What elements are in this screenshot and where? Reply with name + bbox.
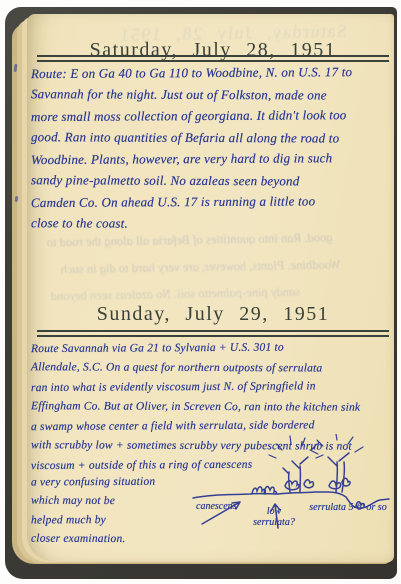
foliage-scribble: [329, 481, 341, 489]
handwritten-line: helped much by: [31, 510, 196, 530]
sketch-label-tall-serrulata: serrulata 5-6' or so: [308, 502, 388, 513]
scanned-journal-photo: Saturday, July 28, 1951 Saturday, July 2…: [0, 0, 401, 584]
handwritten-line: Camden Co. On ahead U.S. 17 is running a…: [31, 190, 391, 214]
tall-shrub-stems: [283, 457, 308, 492]
handwritten-line: close to the coast.: [31, 212, 391, 235]
handwritten-line: ran into what is evidently viscosum just…: [31, 377, 393, 399]
handwritten-line: Route: E on Ga 40 to Ga 110 to Woodbine,…: [31, 61, 391, 85]
handwritten-line: Woodbine. Plants, however, are very hard…: [31, 147, 391, 171]
handwritten-line: Route Savannah via Ga 21 to Sylvania + U…: [31, 338, 393, 360]
handwritten-line: Allendale, S.C. On a quest for northern …: [31, 358, 393, 379]
habitat-sketch: [190, 434, 392, 552]
entry-date-heading-sunday: Sunday, July 29, 1951: [37, 303, 389, 326]
ink-bleed-through: sandy pine-palmetto soil. No azaleas see…: [50, 285, 301, 304]
foliage-scribble: [285, 481, 299, 490]
handwritten-line: Savannah for the night. Just out of Folk…: [31, 83, 391, 106]
sketch-label-canescens: canescens: [196, 501, 256, 512]
sketch-label-low-serrulata: low serrulata?: [248, 506, 300, 528]
handwritten-line: a very confusing situation: [31, 472, 196, 492]
handwritten-line: good. Ran into quantities of Befaria all…: [31, 126, 391, 149]
handwritten-line: which may not be: [31, 492, 196, 512]
journal-page: Saturday, July 28, 1951 Saturday, July 2…: [27, 14, 394, 561]
entry-side-note: a very confusing situation which may not…: [31, 473, 196, 549]
handwritten-line: more small moss collection of georgiana.…: [31, 104, 391, 128]
foliage-scribble: [304, 480, 313, 488]
entry-body-saturday: Route: E on Ga 40 to Ga 110 to Woodbine,…: [31, 62, 391, 234]
ink-bleed-through: Woodbine. Plants, however, are very hard…: [60, 258, 341, 278]
heading-rule: [37, 330, 389, 337]
handwritten-line: closer examination.: [31, 530, 196, 550]
handwritten-line: Effingham Co. But at Oliver, in Screven …: [31, 397, 393, 418]
twig-rays: [269, 436, 323, 458]
twig-rays: [310, 434, 363, 454]
handwritten-line: sandy pine-palmetto soil. No azaleas see…: [31, 169, 391, 192]
